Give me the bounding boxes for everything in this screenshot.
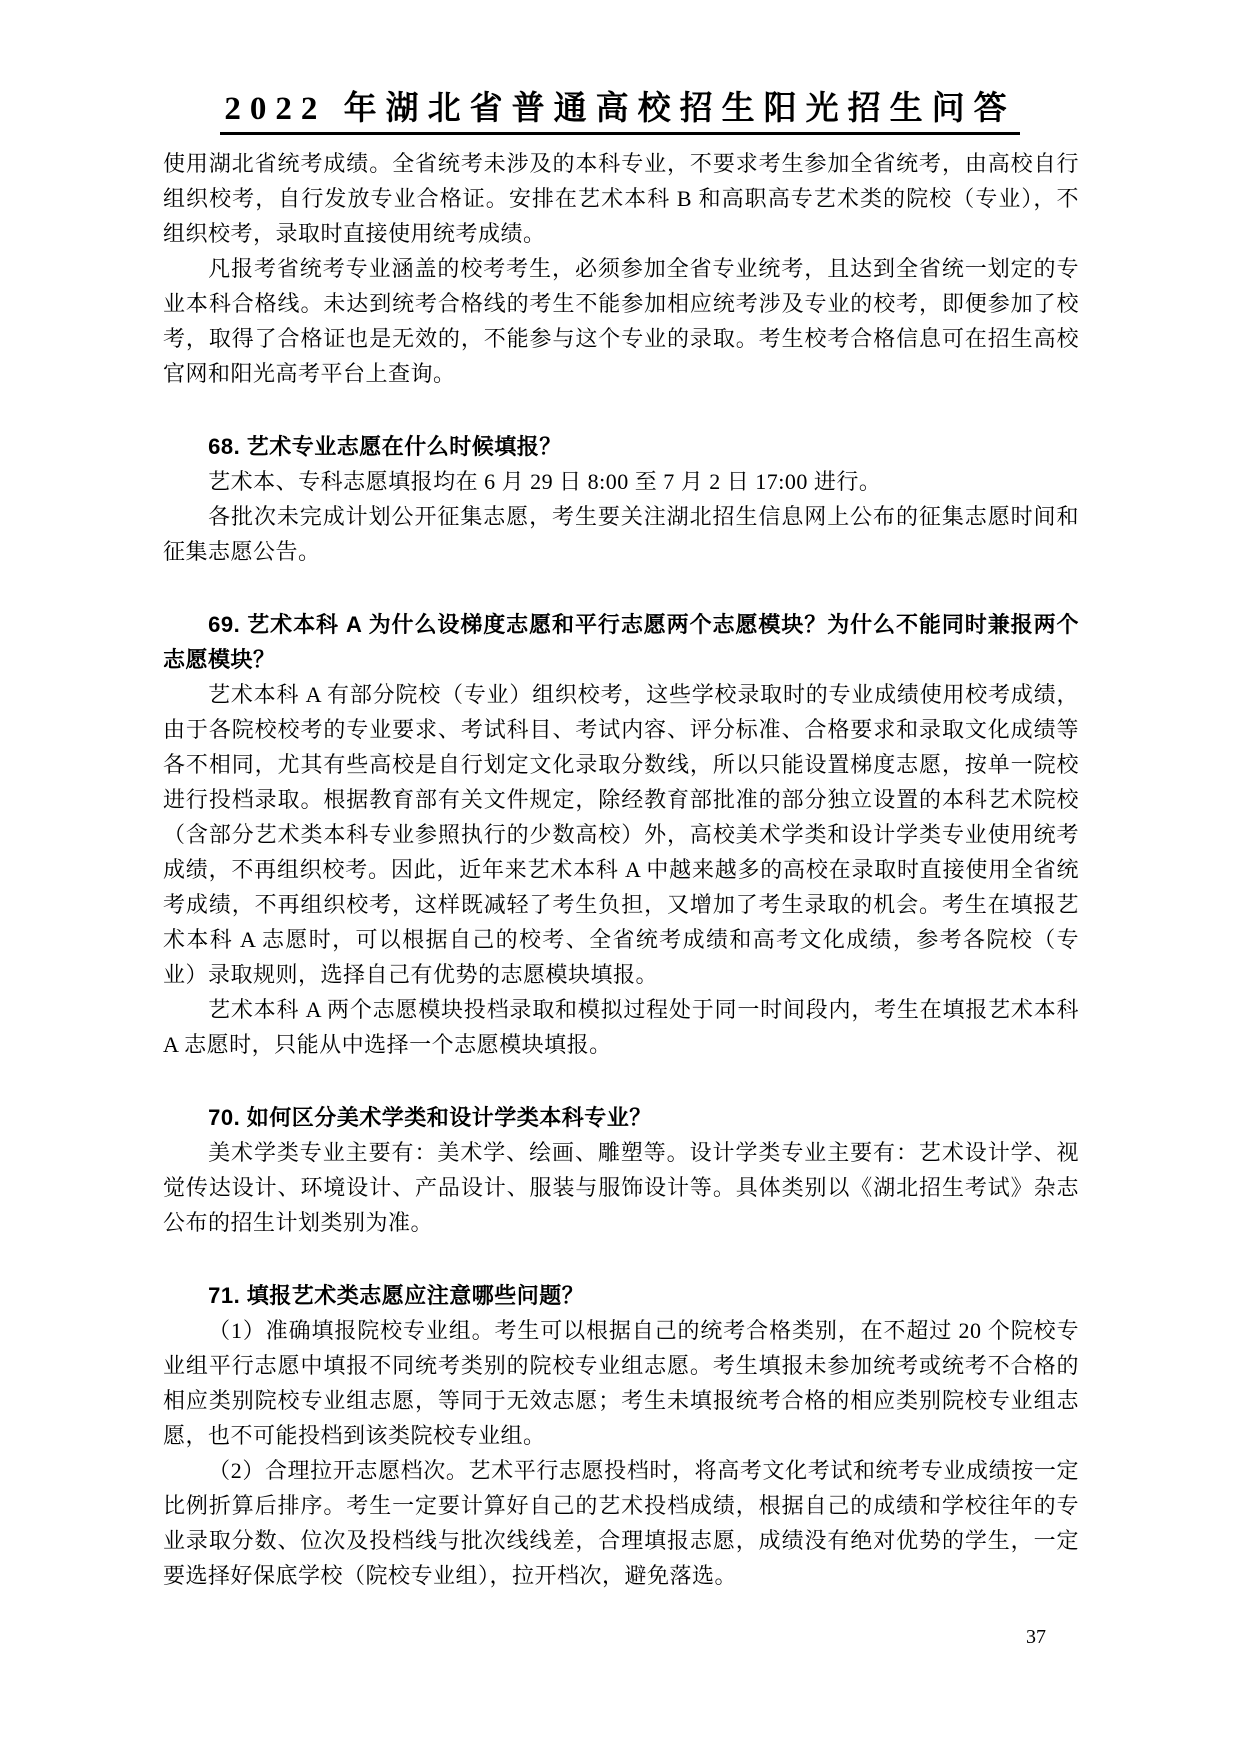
paragraph-70-answer: 美术学类专业主要有：美术学、绘画、雕塑等。设计学类专业主要有：艺术设计学、视觉传…	[163, 1135, 1079, 1240]
paragraph-71-answer-point1: （1）准确填报院校专业组。考生可以根据自己的统考合格类别，在不超过 20 个院校…	[163, 1313, 1079, 1453]
paragraph-statewide-exam-scores: 使用湖北省统考成绩。全省统考未涉及的本科专业，不要求考生参加全省统考，由高校自行…	[163, 146, 1079, 251]
question-heading-70: 70. 如何区分美术学类和设计学类本科专业？	[163, 1100, 1079, 1135]
document-page: 2022 年湖北省普通高校招生阳光招生问答 使用湖北省统考成绩。全省统考未涉及的…	[0, 0, 1240, 1753]
question-heading-68: 68. 艺术专业志愿在什么时候填报？	[163, 429, 1079, 464]
paragraph-68-answer-supplementary: 各批次未完成计划公开征集志愿，考生要关注湖北招生信息网上公布的征集志愿时间和征集…	[163, 499, 1079, 569]
paragraph-school-exam-requirements: 凡报考省统考专业涵盖的校考考生，必须参加全省专业统考，且达到全省统一划定的专业本…	[163, 251, 1079, 391]
question-heading-71: 71. 填报艺术类志愿应注意哪些问题？	[163, 1278, 1079, 1313]
question-heading-69: 69. 艺术本科 A 为什么设梯度志愿和平行志愿两个志愿模块？为什么不能同时兼报…	[163, 607, 1079, 677]
paragraph-69-answer-main: 艺术本科 A 有部分院校（专业）组织校考，这些学校录取时的专业成绩使用校考成绩，…	[163, 677, 1079, 992]
paragraph-69-answer-module-choice: 艺术本科 A 两个志愿模块投档录取和模拟过程处于同一时间段内，考生在填报艺术本科…	[163, 992, 1079, 1062]
page-header-title: 2022 年湖北省普通高校招生阳光招生问答	[220, 82, 1019, 135]
page-number: 37	[1026, 1626, 1046, 1649]
page-header: 2022 年湖北省普通高校招生阳光招生问答	[0, 82, 1240, 135]
paragraph-68-answer-dates: 艺术本、专科志愿填报均在 6 月 29 日 8:00 至 7 月 2 日 17:…	[163, 464, 1079, 499]
document-body: 使用湖北省统考成绩。全省统考未涉及的本科专业，不要求考生参加全省统考，由高校自行…	[163, 146, 1079, 1593]
paragraph-71-answer-point2: （2）合理拉开志愿档次。艺术平行志愿投档时，将高考文化考试和统考专业成绩按一定比…	[163, 1453, 1079, 1593]
